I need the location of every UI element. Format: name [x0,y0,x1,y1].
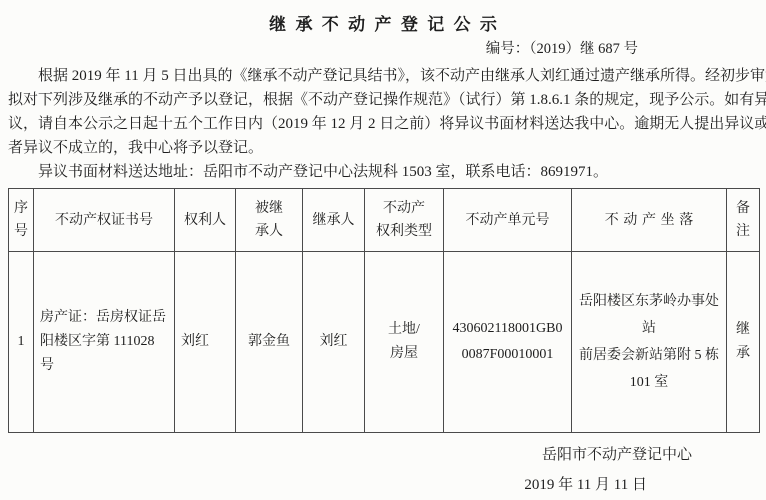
col-header-certificate-no: 不动产权证书号 [34,189,175,252]
body-line-5: 异议书面材料送达地址：岳阳市不动产登记中心法规科 1503 室，联系电话：869… [8,160,758,184]
col-header-remark: 备 注 [727,189,760,252]
col-header-right-holder: 权利人 [175,189,236,252]
body-line-4: 者异议不成立的，我中心将予以登记。 [8,136,758,160]
cell-location: 岳阳楼区东茅岭办事处站 前居委会新站第附 5 栋 101 室 [572,252,727,433]
table-row: 1 房产证：岳房权证岳 阳楼区字第 111028 号 刘红 郭金鱼 刘红 土地/… [9,252,760,433]
cell-heir: 刘红 [303,252,365,433]
cell-right-type: 土地/ 房屋 [365,252,444,433]
page-title: 继承不动产登记公示 [8,13,758,37]
col-header-seq: 序 号 [9,189,34,252]
table-header-row: 序 号 不动产权证书号 权利人 被继 承人 继承人 不动产 权利类型 不动产单元… [9,189,760,252]
cell-decedent: 郭金鱼 [236,252,303,433]
cell-seq: 1 [9,252,34,433]
notice-body: 根据 2019 年 11 月 5 日出具的《继承不动产登记具结书》，该不动产由继… [8,64,758,184]
cell-remark: 继 承 [727,252,760,433]
cell-certificate-no: 房产证：岳房权证岳 阳楼区字第 111028 号 [34,252,175,433]
col-header-unit-no: 不动产单元号 [444,189,572,252]
signature-block: 岳阳市不动产登记中心 2019 年 11 月 11 日 [8,445,758,495]
body-line-3: 议，请自本公示之日起十五个工作日内（2019 年 12 月 2 日之前）将异议书… [8,112,758,136]
inheritance-registration-notice: 继承不动产登记公示 编号：（2019）继 687 号 根据 2019 年 11 … [0,0,766,500]
cell-right-holder: 刘红 [175,252,236,433]
body-line-2: 拟对下列涉及继承的不动产予以登记，根据《不动产登记操作规范》（试行）第 1.8.… [8,88,758,112]
col-header-heir: 继承人 [303,189,365,252]
cell-unit-no: 430602118001GB0 0087F00010001 [444,252,572,433]
doc-number: 编号：（2019）继 687 号 [8,39,758,60]
col-header-location: 不动产坐落 [572,189,727,252]
col-header-right-type: 不动产 权利类型 [365,189,444,252]
registration-table: 序 号 不动产权证书号 权利人 被继 承人 继承人 不动产 权利类型 不动产单元… [8,188,760,433]
col-header-decedent: 被继 承人 [236,189,303,252]
issue-date: 2019 年 11 月 11 日 [8,475,758,495]
issuing-organization: 岳阳市不动产登记中心 [8,445,758,465]
body-line-1: 根据 2019 年 11 月 5 日出具的《继承不动产登记具结书》，该不动产由继… [8,64,758,88]
